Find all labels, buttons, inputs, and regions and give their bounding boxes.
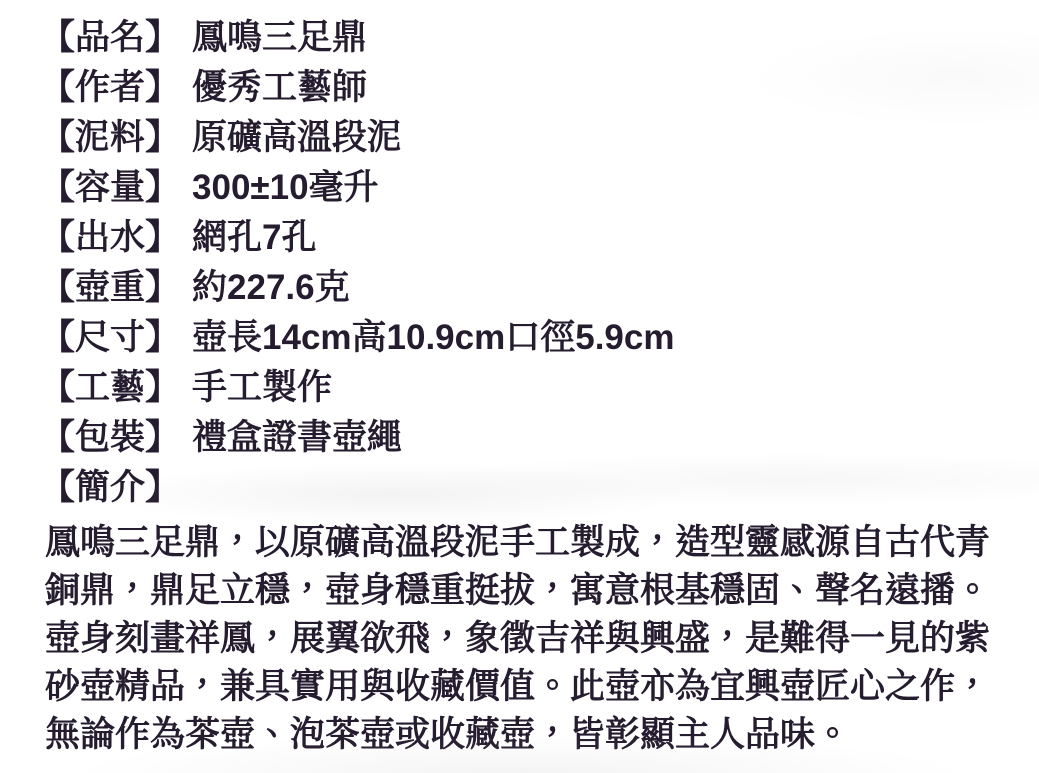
product-detail-sheet: 【品名】鳳鳴三足鼎 【作者】優秀工藝師 【泥料】原礦高溫段泥 【容量】300±1… [0,0,1039,773]
spec-value: 壺長14cm高10.9cm口徑5.9cm [192,318,674,357]
spec-row-craft: 【工藝】手工製作 [40,363,1039,413]
description-line: 銅鼎，鼎足立穩，壺身穩重挺拔，寓意根基穩固、聲名遠播。 [45,567,1039,615]
spec-row-artist: 【作者】優秀工藝師 [40,63,1039,113]
spec-label: 【壺重】 [40,263,180,313]
description-line: 壺身刻畫祥鳳，展翼欲飛，象徵吉祥與興盛，是難得一見的紫 [45,615,1039,663]
spec-label: 【包裝】 [40,413,180,463]
spec-row-spout: 【出水】網孔7孔 [40,213,1039,263]
description-line: 無論作為茶壺、泡茶壺或收藏壺，皆彰顯主人品味。 [45,711,1039,759]
product-description: 鳳鳴三足鼎，以原礦高溫段泥手工製成，造型靈感源自古代青 銅鼎，鼎足立穩，壺身穩重… [45,519,1039,759]
spec-value: 原礦高溫段泥 [192,118,402,157]
spec-label: 【出水】 [40,213,180,263]
spec-value: 優秀工藝師 [192,68,367,107]
spec-row-clay: 【泥料】原礦高溫段泥 [40,113,1039,163]
spec-value: 手工製作 [192,368,332,407]
spec-value: 約227.6克 [192,268,350,307]
spec-label: 【工藝】 [40,363,180,413]
spec-label: 【簡介】 [40,463,180,513]
spec-value: 300±10毫升 [192,168,379,207]
spec-row-weight: 【壺重】約227.6克 [40,263,1039,313]
spec-label: 【容量】 [40,163,180,213]
spec-list: 【品名】鳳鳴三足鼎 【作者】優秀工藝師 【泥料】原礦高溫段泥 【容量】300±1… [0,0,1039,513]
spec-row-intro-heading: 【簡介】 [40,463,1039,513]
description-line: 鳳鳴三足鼎，以原礦高溫段泥手工製成，造型靈感源自古代青 [45,519,1039,567]
spec-label: 【尺寸】 [40,313,180,363]
spec-value: 網孔7孔 [192,218,316,257]
spec-label: 【作者】 [40,63,180,113]
spec-value: 鳳鳴三足鼎 [192,18,367,57]
spec-row-dimensions: 【尺寸】壺長14cm高10.9cm口徑5.9cm [40,313,1039,363]
spec-row-packaging: 【包裝】禮盒證書壺繩 [40,413,1039,463]
spec-label: 【品名】 [40,13,180,63]
description-line: 砂壺精品，兼具實用與收藏價值。此壺亦為宜興壺匠心之作， [45,663,1039,711]
spec-label: 【泥料】 [40,113,180,163]
spec-value: 禮盒證書壺繩 [192,418,402,457]
spec-row-capacity: 【容量】300±10毫升 [40,163,1039,213]
spec-row-name: 【品名】鳳鳴三足鼎 [40,13,1039,63]
